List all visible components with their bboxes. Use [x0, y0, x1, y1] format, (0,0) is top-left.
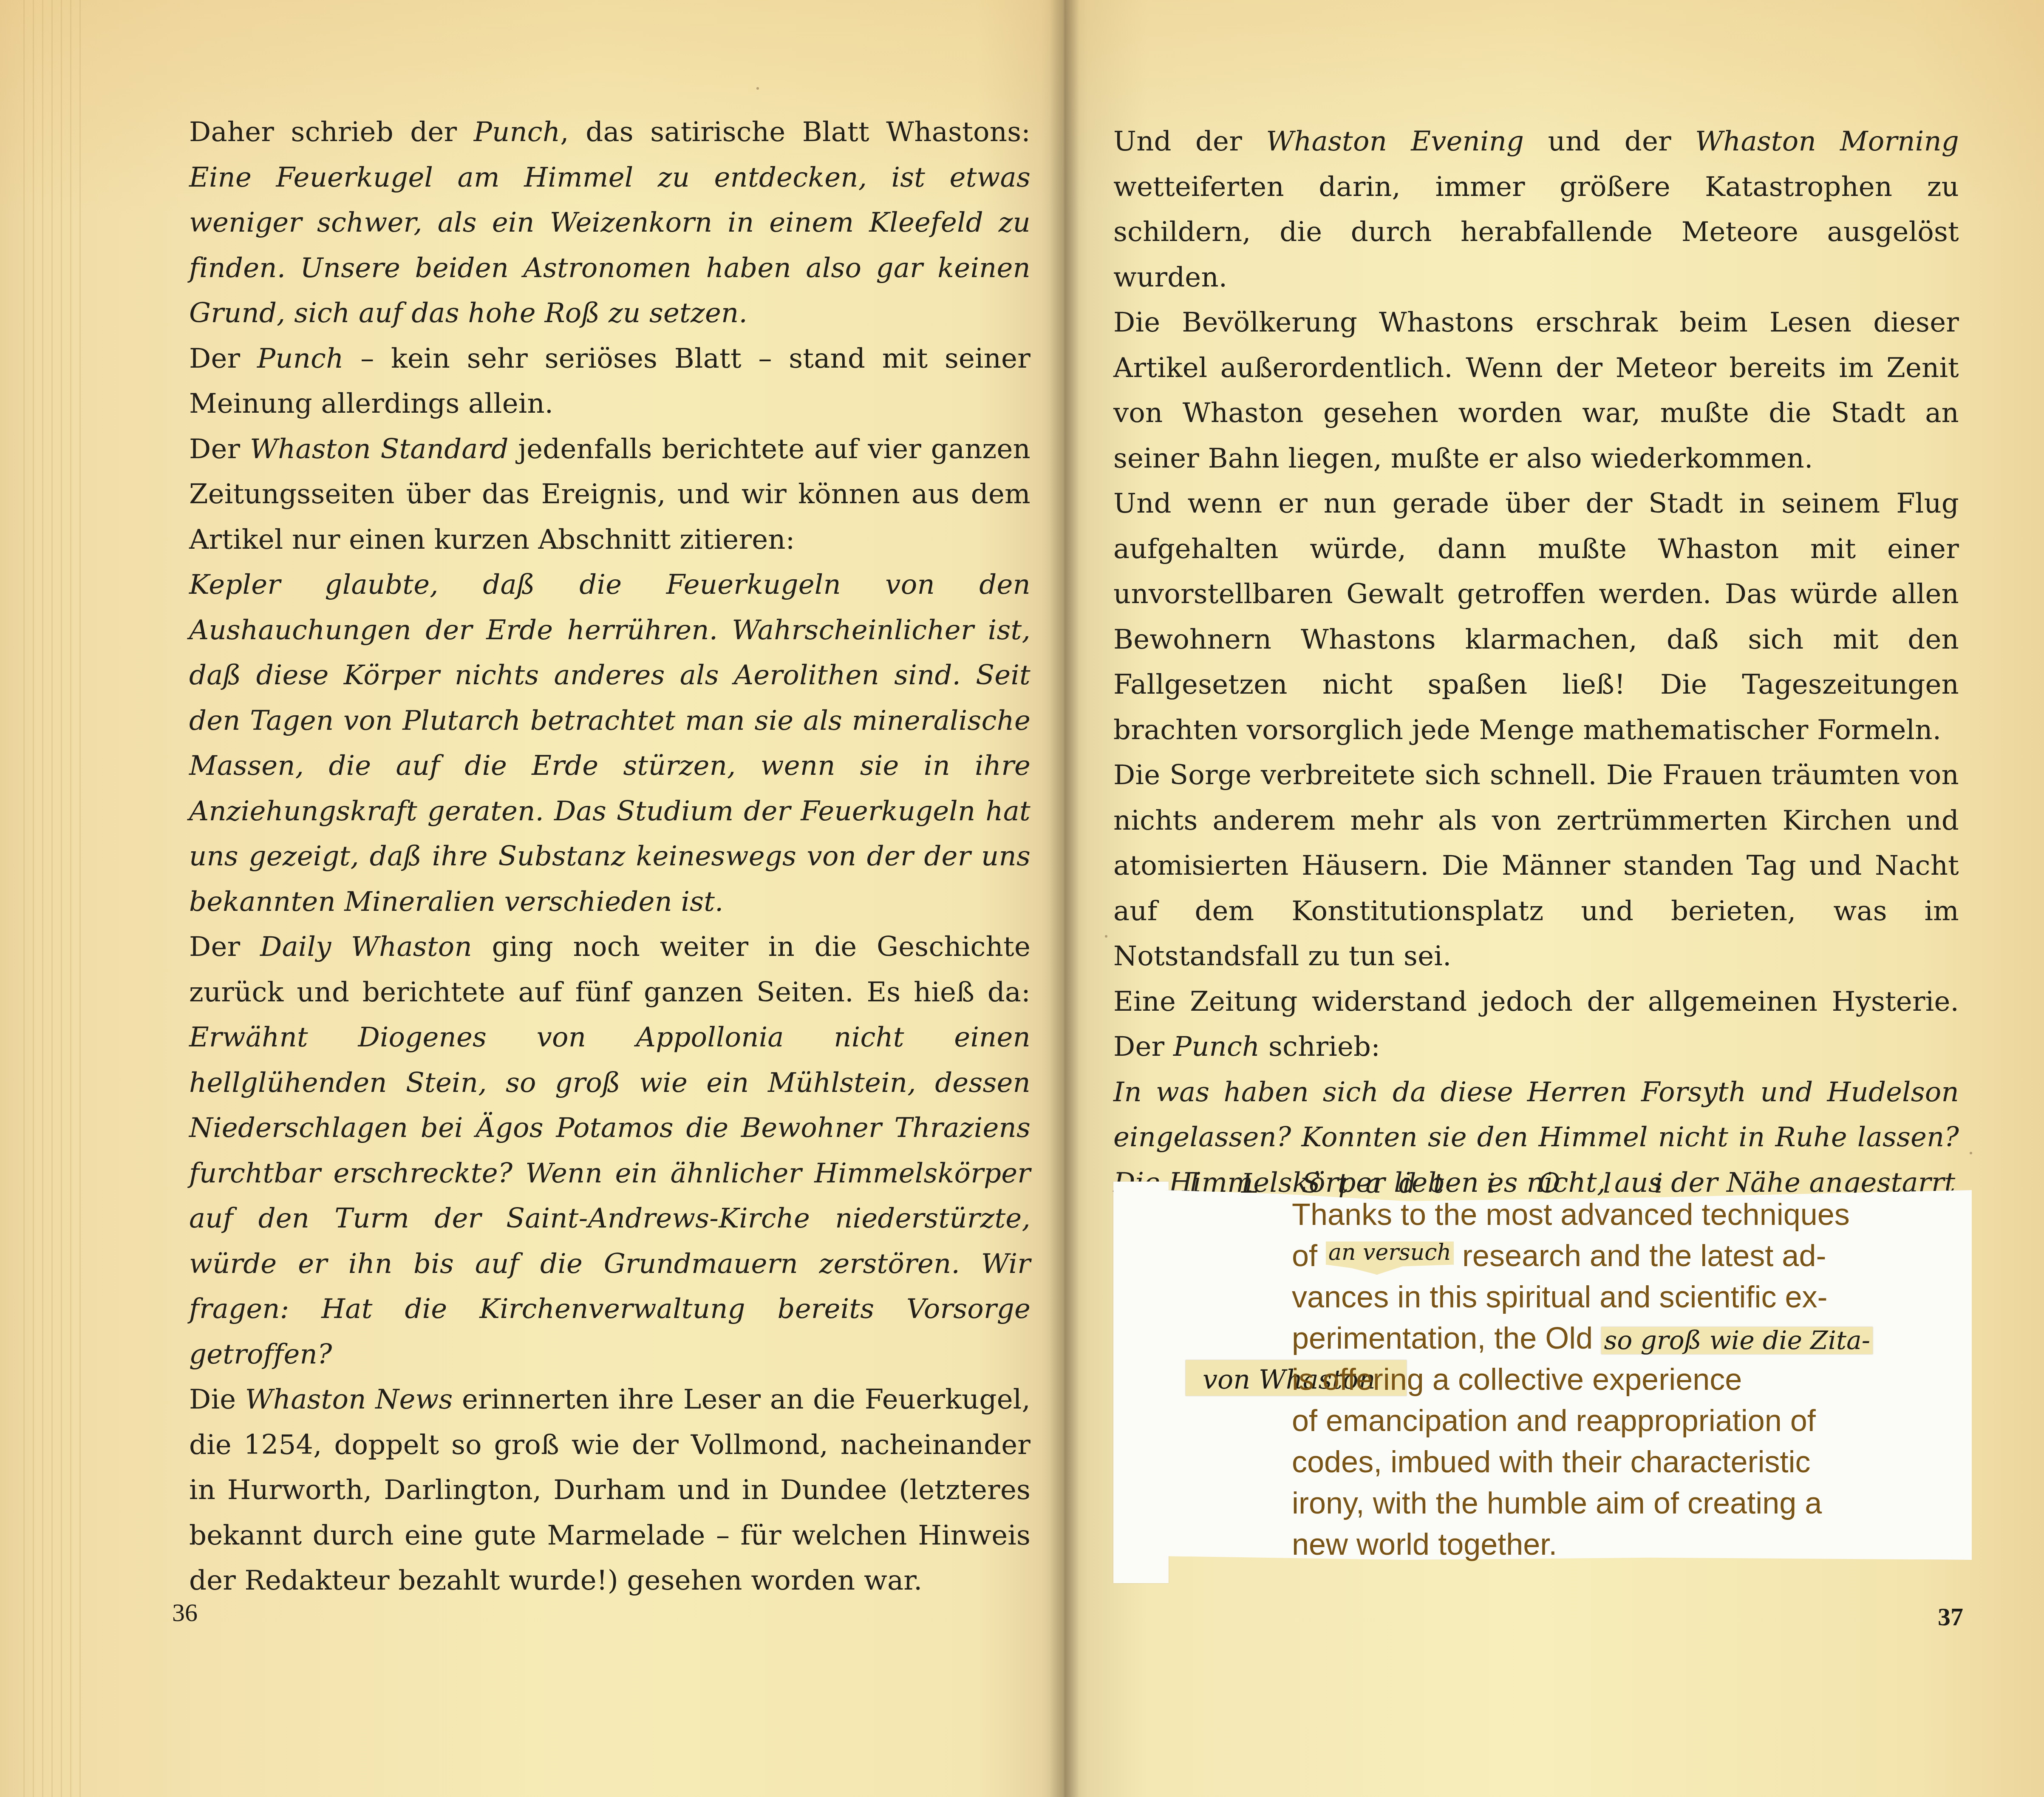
paragraph: Eine Zeitung widerstand jedoch der allge…	[1113, 979, 1959, 1070]
left-page-text: Daher schrieb der Punch, das satirische …	[189, 110, 1030, 1604]
book-spread: Daher schrieb der Punch, das satirische …	[0, 0, 2044, 1797]
collage-line: vances in this spiritual and scientific …	[1292, 1277, 1959, 1318]
newspaper-title: Whaston News	[245, 1384, 453, 1415]
text-run: perimentation, the Old	[1292, 1321, 1601, 1355]
quoted-text: Eine Feuerkugel am Himmel zu entdecken, …	[189, 162, 1030, 329]
collage-line: of emancipation and reappropriation of	[1292, 1400, 1959, 1442]
newspaper-title: Whaston Standard	[250, 434, 509, 465]
text-run: , das satirische Blatt Whastons:	[560, 116, 1030, 148]
text-run: erinnerten ihre Leser an die Feuerkugel,…	[189, 1384, 1030, 1596]
text-run: Die Bevölkerung Whastons erschrak beim L…	[1113, 307, 1959, 474]
collage-line: irony, with the humble aim of creating a	[1292, 1483, 1959, 1524]
text-run: Die	[189, 1384, 245, 1415]
paragraph: Der Daily Whaston ging noch weiter in di…	[189, 924, 1030, 1377]
right-page-text: Und der Whaston Evening und der Whaston …	[1113, 119, 1959, 1205]
paper-speck	[1970, 1152, 1972, 1154]
paragraph: Die Sorge verbreitete sich schnell. Die …	[1113, 753, 1959, 979]
newspaper-title: Whaston Morning	[1695, 126, 1959, 157]
text-run: Daher schrieb der	[189, 116, 474, 148]
text-run: und der	[1524, 126, 1695, 157]
text-run: Und der	[1113, 126, 1266, 157]
collage-line: new world together.	[1292, 1524, 1959, 1565]
newspaper-title: Punch	[474, 116, 561, 148]
paper-speck	[756, 87, 759, 90]
paper-speck	[1105, 935, 1107, 938]
newspaper-title: Daily Whaston	[260, 931, 472, 963]
collage-line: of an versuch research and the latest ad…	[1292, 1236, 1959, 1277]
paragraph: Kepler glaubte, daß die Feuerkugeln von …	[189, 562, 1030, 924]
left-page: Daher schrieb der Punch, das satirische …	[0, 0, 1058, 1797]
text-run: Die Sorge verbreitete sich schnell. Die …	[1113, 760, 1959, 972]
collage-line: Thanks to the most advanced techniques	[1292, 1194, 1959, 1236]
quoted-text: Erwähnt Diogenes von Appollonia nicht ei…	[189, 1022, 1030, 1370]
paragraph: Daher schrieb der Punch, das satirische …	[189, 110, 1030, 336]
newspaper-clipping: an versuch	[1326, 1241, 1454, 1275]
text-run: Der	[189, 931, 260, 963]
text-run: wetteiferten darin, immer größere Katast…	[1113, 171, 1959, 293]
paper-patch-strip	[1113, 1182, 1169, 1583]
paragraph: Die Bevölkerung Whastons erschrak beim L…	[1113, 300, 1959, 481]
paragraph: Und wenn er nun gerade über der Stadt in…	[1113, 481, 1959, 753]
collage-line: codes, imbued with their characteristic	[1292, 1442, 1959, 1483]
text-run: of	[1292, 1239, 1326, 1273]
page-number: 37	[1938, 1602, 1963, 1632]
newspaper-title: Punch	[257, 343, 344, 374]
paragraph: Der Punch – kein sehr seriöses Blatt – s…	[189, 336, 1030, 427]
page-number: 36	[172, 1598, 198, 1627]
text-run: research and the latest ad-	[1454, 1239, 1826, 1273]
newspaper-title: Punch	[1173, 1031, 1260, 1063]
newspaper-title: Whaston Evening	[1266, 126, 1524, 157]
text-run: Der	[189, 434, 250, 465]
text-run: Der	[189, 343, 257, 374]
quoted-text: Kepler glaubte, daß die Feuerkugeln von …	[189, 569, 1030, 918]
newspaper-clipping: so groß wie die Zita-	[1601, 1327, 1873, 1354]
collage-line: is offering a collective experience	[1292, 1359, 1959, 1400]
paragraph: Der Whaston Standard jedenfalls berichte…	[189, 427, 1030, 563]
text-run: Und wenn er nun gerade über der Stadt in…	[1113, 488, 1959, 746]
paragraph: Und der Whaston Evening und der Whaston …	[1113, 119, 1959, 300]
collage-english-text: Thanks to the most advanced techniques o…	[1292, 1194, 1959, 1565]
collage-line: perimentation, the Old so groß wie die Z…	[1292, 1318, 1959, 1359]
text-run: schrieb:	[1260, 1031, 1381, 1063]
paragraph: Die Whaston News erinnerten ihre Leser a…	[189, 1377, 1030, 1604]
